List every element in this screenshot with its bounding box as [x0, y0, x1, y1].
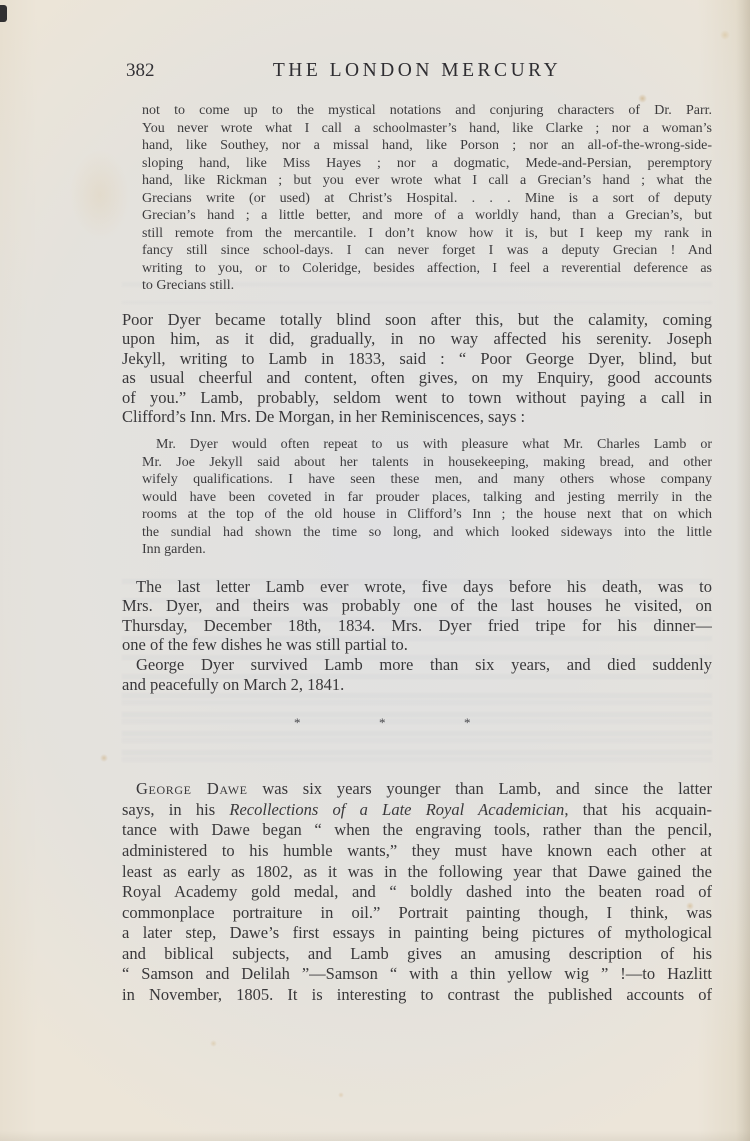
text-line: George Dyer survived Lamb more than six … — [122, 655, 712, 675]
text-line: and peacefully on March 2, 1841. — [122, 675, 712, 695]
text-line: rooms at the top of the old house in Cli… — [142, 506, 712, 524]
text-line: wifely qualifications. I have seen these… — [142, 471, 712, 489]
text-line: and biblical subjects, and Lamb gives an… — [122, 944, 712, 965]
text-line: of you.” Lamb, probably, seldom went to … — [122, 388, 712, 408]
scanned-book-page: 382 THE LONDON MERCURY not to come up to… — [0, 0, 750, 1141]
text-line: Poor Dyer became totally blind soon afte… — [122, 310, 712, 330]
asterisk-ornament: * — [379, 715, 386, 731]
foxing-spot — [210, 1040, 217, 1047]
text-line: sloping hand, like Miss Hayes ; nor a do… — [142, 155, 712, 173]
foxing-spot — [720, 30, 730, 40]
running-head: 382 THE LONDON MERCURY — [122, 60, 712, 86]
text-line: Mr. Joe Jekyll said about her talents in… — [142, 454, 712, 472]
extract-lamb-letter-on-handwriting: not to come up to the mystical notations… — [122, 102, 712, 295]
text-line: in November, 1805. It is interesting to … — [122, 985, 712, 1006]
paragraph-dyer-blindness: Poor Dyer became totally blind soon afte… — [122, 310, 712, 428]
text-line: a later step, Dawe’s first essays in pai… — [122, 923, 712, 944]
italic-book-title: Recollections of a Late Royal Academicia… — [229, 800, 564, 819]
text-line: “ Samson and Delilah ”—Samson “ with a t… — [122, 964, 712, 985]
text-line: to Grecians still. — [142, 277, 712, 295]
text-line: Royal Academy gold medal, and “ boldly d… — [122, 882, 712, 903]
foxing-spot — [338, 1092, 344, 1098]
text-line: Grecians write (or used) at Christ’s Hos… — [142, 190, 712, 208]
text-line: Thursday, December 18th, 1834. Mrs. Dyer… — [122, 616, 712, 636]
paragraph-last-letter: The last letter Lamb ever wrote, five da… — [122, 577, 712, 655]
page-edge-shadow — [736, 0, 750, 1141]
text-segment: was six years younger than Lamb, and sin… — [248, 779, 712, 798]
paragraph-dyer-death: George Dyer survived Lamb more than six … — [122, 655, 712, 694]
text-line: Grecian’s hand ; a little better, and mo… — [142, 207, 712, 225]
text-segment: says, in his — [122, 800, 229, 819]
text-line: not to come up to the mystical notations… — [142, 102, 712, 120]
text-segment: , that his acquain- — [564, 800, 712, 819]
asterisk-ornament: * — [464, 715, 471, 731]
text-line: administered to his humble wants,” they … — [122, 841, 712, 862]
text-line: says, in his Recollections of a Late Roy… — [122, 800, 712, 821]
text-line: would have been coveted in far prouder p… — [142, 489, 712, 507]
text-flow: not to come up to the mystical notations… — [122, 102, 712, 1006]
paper-stain — [70, 150, 130, 240]
journal-title: THE LONDON MERCURY — [122, 60, 712, 82]
text-line: fancy still since school-days. I can nev… — [142, 242, 712, 260]
text-line: writing to you, or to Coleridge, besides… — [142, 260, 712, 278]
text-line: Jekyll, writing to Lamb in 1833, said : … — [122, 349, 712, 369]
text-line: tance with Dawe began “ when the engravi… — [122, 820, 712, 841]
text-line: The last letter Lamb ever wrote, five da… — [122, 577, 712, 597]
text-line: least as early as 1802, as it was in the… — [122, 862, 712, 883]
text-line: commonplace portraiture in oil.” Portrai… — [122, 903, 712, 924]
text-line: Mr. Dyer would often repeat to us with p… — [142, 436, 712, 454]
text-line: still remote from the mercantile. I don’… — [142, 225, 712, 243]
foxing-spot — [100, 754, 108, 762]
text-line: Clifford’s Inn. Mrs. De Morgan, in her R… — [122, 407, 712, 427]
text-line: upon him, as it did, gradually, in no wa… — [122, 329, 712, 349]
text-line: hand, like Southey, nor a missal hand, l… — [142, 137, 712, 155]
smallcaps-name: George Dawe — [136, 779, 248, 798]
text-line: the sundial had shown the time so long, … — [142, 524, 712, 542]
section-separator: *** — [122, 715, 712, 731]
paragraph-george-dawe: George Dawe was six years younger than L… — [122, 779, 712, 1006]
asterisk-ornament: * — [294, 715, 301, 731]
text-line: George Dawe was six years younger than L… — [122, 779, 712, 800]
text-line: Mrs. Dyer, and theirs was probably one o… — [122, 596, 712, 616]
page-bottom-shade — [0, 1131, 750, 1141]
text-line: one of the few dishes he was still parti… — [122, 635, 712, 655]
text-line: as usual cheerful and content, often giv… — [122, 368, 712, 388]
extract-de-morgan-reminiscences: Mr. Dyer would often repeat to us with p… — [122, 436, 712, 559]
text-line: hand, like Rickman ; but you ever wrote … — [142, 172, 712, 190]
text-line: Inn garden. — [142, 541, 712, 559]
scan-corner-artifact — [0, 5, 7, 22]
text-line: You never wrote what I call a schoolmast… — [142, 120, 712, 138]
